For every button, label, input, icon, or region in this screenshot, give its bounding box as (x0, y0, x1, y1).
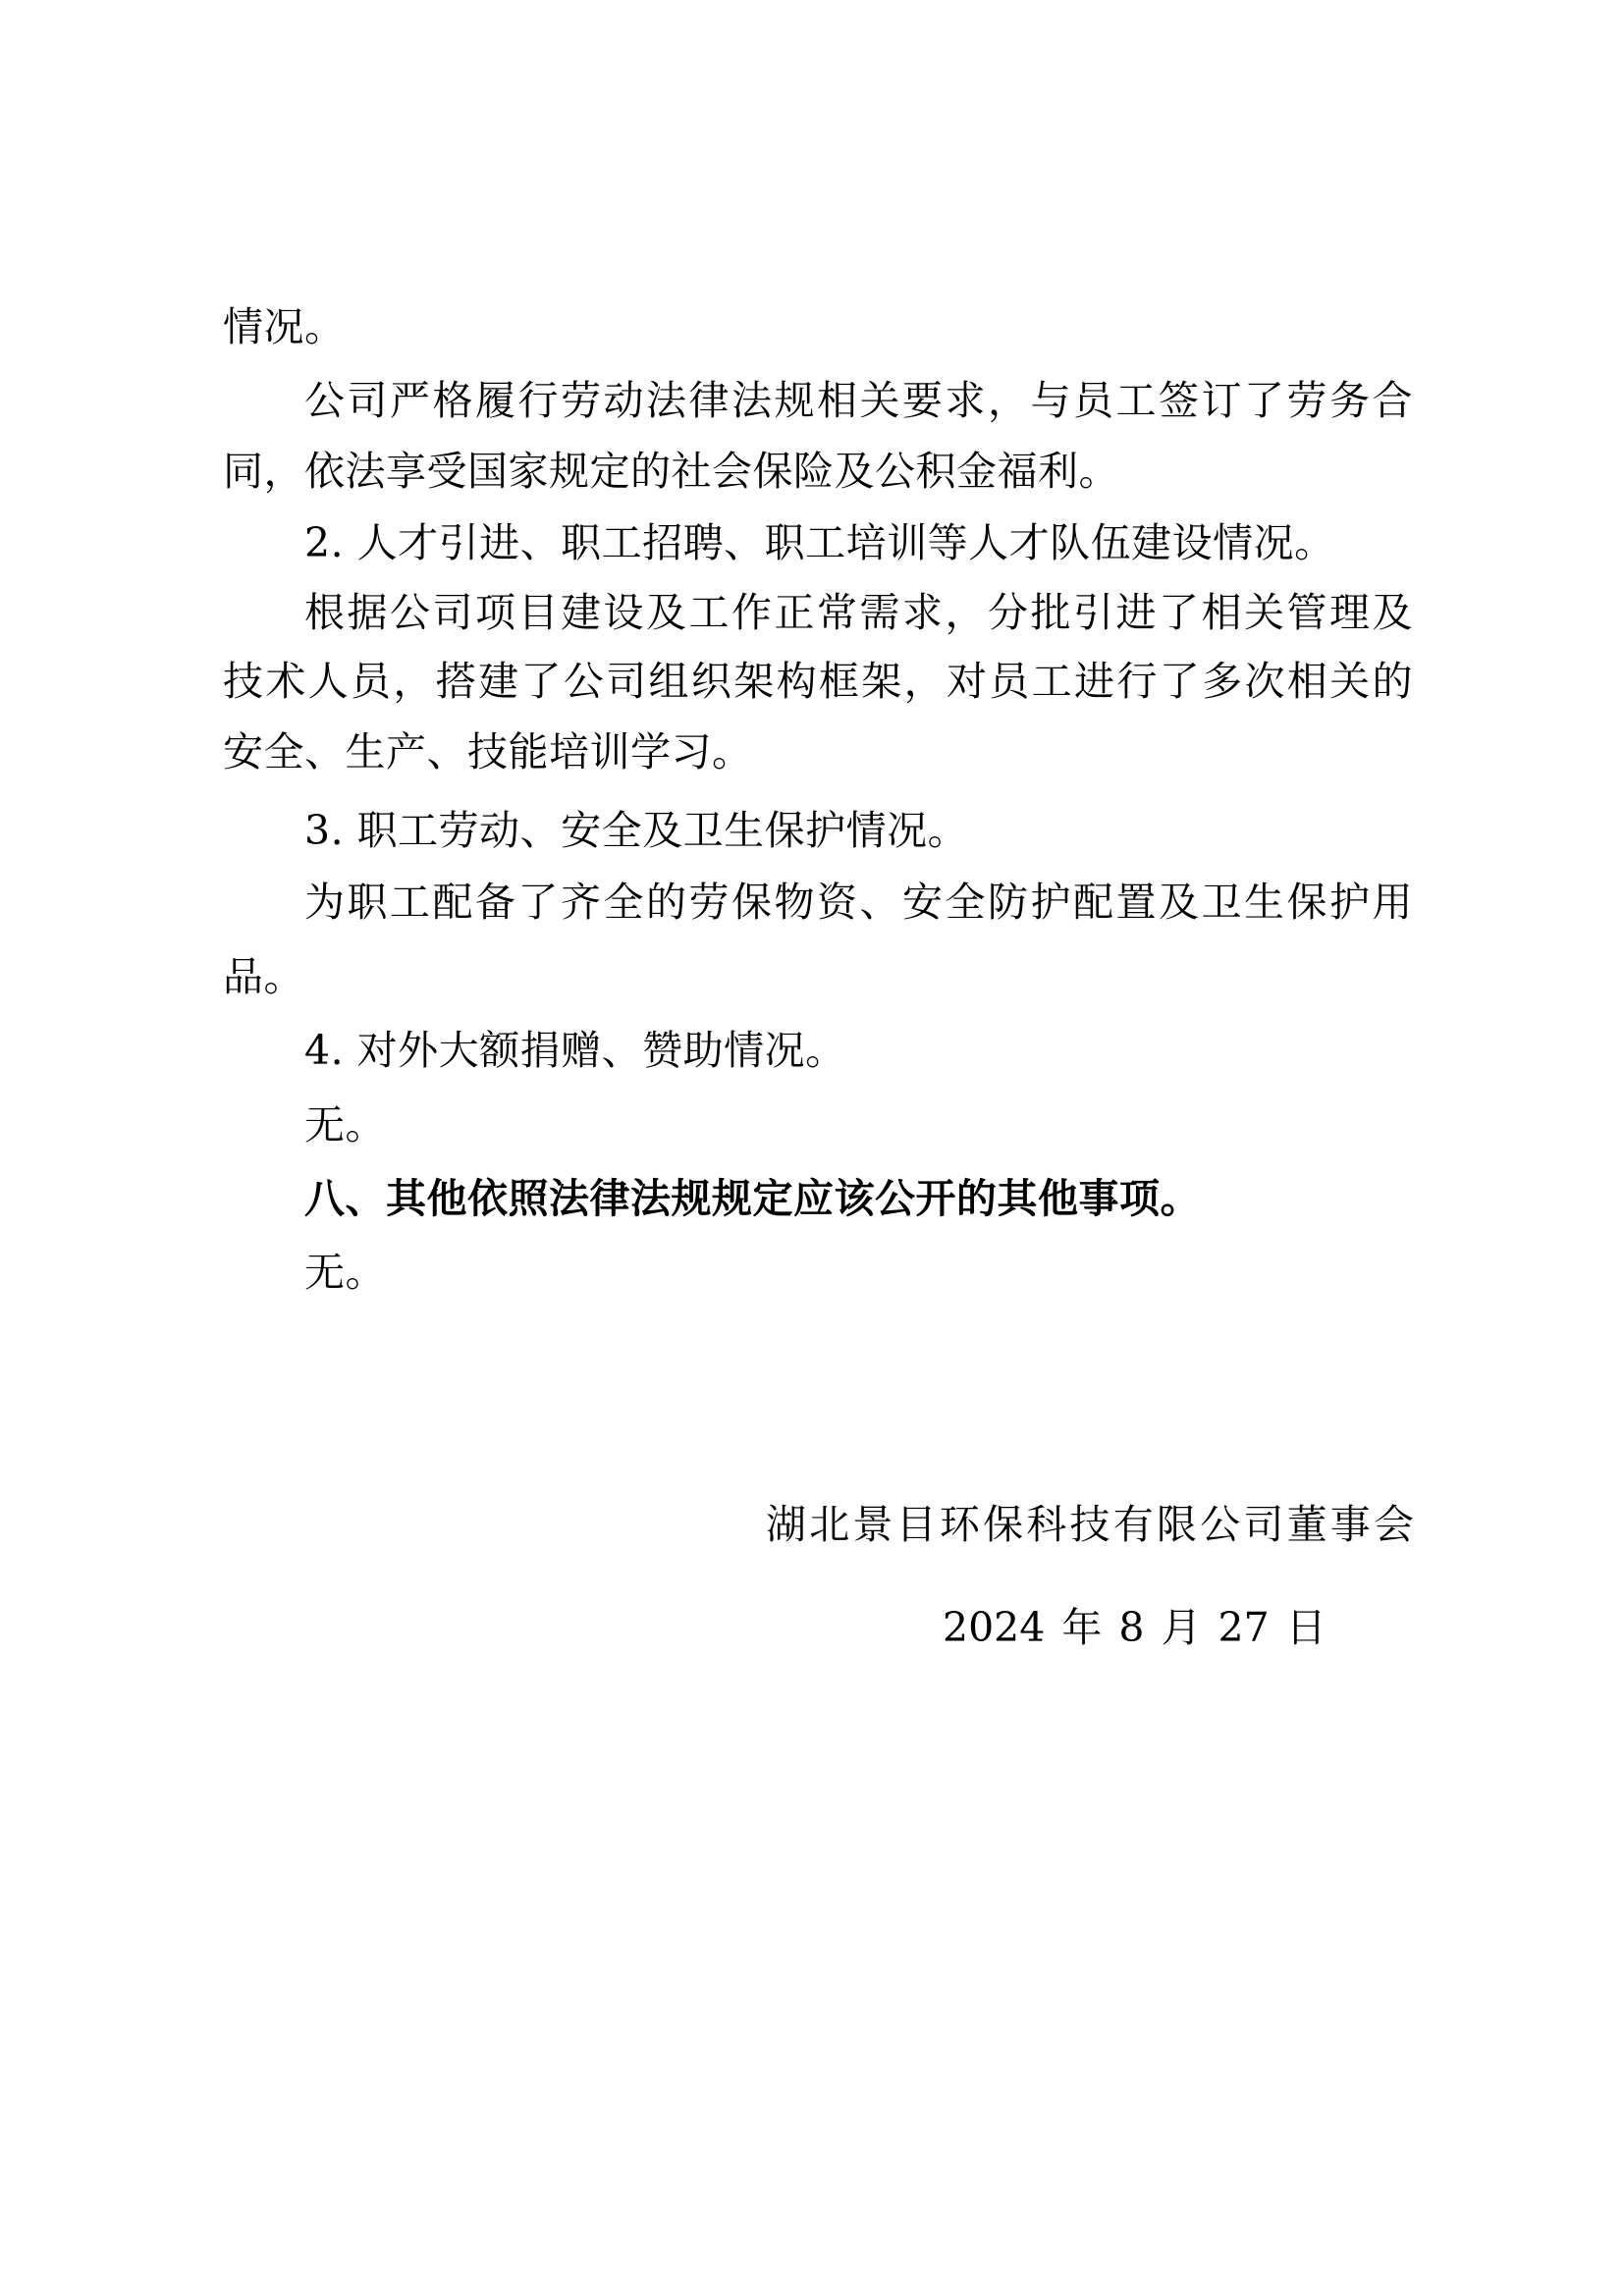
subheading-donations: 4. 对外大额捐赠、赞助情况。 (304, 1026, 1413, 1075)
section-heading-other-matters: 八、其他依照法律法规规定应该公开的其他事项。 (304, 1174, 1413, 1223)
paragraph-donations-none: 无。 (304, 1100, 1413, 1149)
paragraph-safety-line-2: 品。 (223, 952, 1413, 1001)
paragraph-other-matters-none: 无。 (304, 1248, 1413, 1297)
paragraph-labor-contract-line-1: 公司严格履行劳动法律法规相关要求，与员工签订了劳务合 (304, 376, 1413, 425)
document-page: 情况。 公司严格履行劳动法律法规相关要求，与员工签订了劳务合 同，依法享受国家规… (0, 0, 1624, 2296)
paragraph-labor-contract-line-2: 同，依法享受国家规定的社会保险及公积金福利。 (223, 447, 1413, 496)
paragraph-recruitment-line-3: 安全、生产、技能培训学习。 (223, 727, 1413, 776)
subheading-labor-safety: 3. 职工劳动、安全及卫生保护情况。 (304, 806, 1413, 855)
paragraph-recruitment-line-1: 根据公司项目建设及工作正常需求，分批引进了相关管理及 (304, 588, 1413, 637)
paragraph-continuation: 情况。 (223, 302, 1413, 351)
signature-date: 2024 年 8 月 27 日 (943, 1603, 1267, 1652)
paragraph-recruitment-line-2: 技术人员，搭建了公司组织架构框架，对员工进行了多次相关的 (223, 657, 1413, 706)
signature-organization: 湖北景目环保科技有限公司董事会 (766, 1500, 1414, 1549)
paragraph-safety-line-1: 为职工配备了齐全的劳保物资、安全防护配置及卫生保护用 (304, 878, 1413, 927)
subheading-talent-recruitment: 2. 人才引进、职工招聘、职工培训等人才队伍建设情况。 (304, 518, 1413, 567)
